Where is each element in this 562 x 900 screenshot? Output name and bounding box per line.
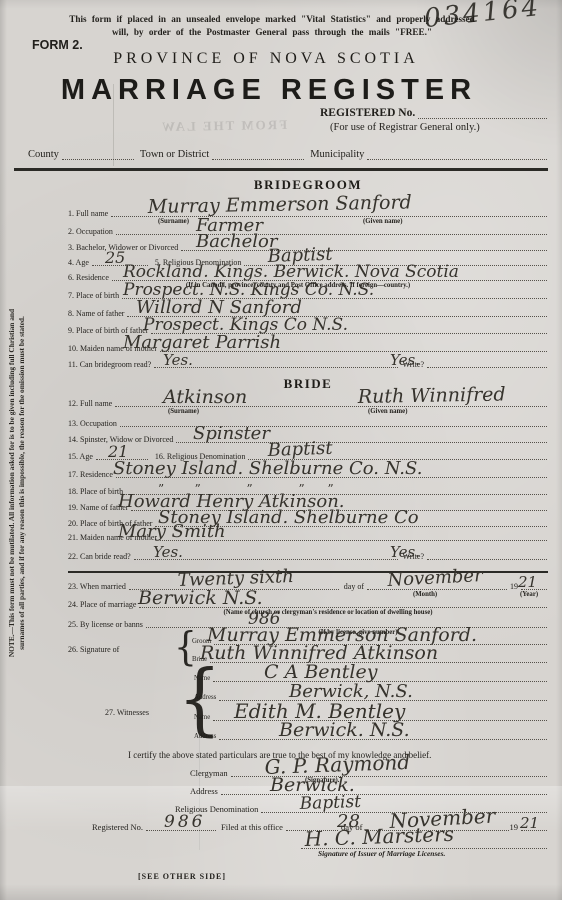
field-label: 18. Place of birth xyxy=(68,487,125,496)
address-label: Address xyxy=(190,787,220,796)
field-label: 22. Can bride read? xyxy=(68,552,133,561)
town-district-label: Town or District xyxy=(135,149,211,161)
field-bride-full-name: 12. Full name Atkinson Ruth Winnifred (S… xyxy=(68,394,548,408)
handwritten-can-read: Yes. xyxy=(153,545,183,560)
handwritten-bride-surname: Atkinson xyxy=(163,388,247,407)
dotted-line xyxy=(212,158,304,160)
registered-no-row: REGISTERED No. xyxy=(320,106,548,120)
field-label: 13. Occupation xyxy=(68,419,119,428)
handwritten-status: Spinster xyxy=(193,425,270,443)
field-place-of-marriage: 24. Place of marriage Berwick N.S. (Name… xyxy=(68,595,548,609)
field-bride-residence: 17. Residence Stoney Island. Shelburne C… xyxy=(68,465,548,479)
handwritten-witness2-address: Berwick. N.S. xyxy=(279,721,410,740)
handwritten-witness1-name: C A Bentley xyxy=(264,663,377,682)
field-label: 2. Occupation xyxy=(68,227,115,236)
clergyman-address-row: Address Berwick. xyxy=(190,782,548,796)
handwritten-groom-name: Murray Emmerson Sanford xyxy=(148,193,412,217)
mailing-note: This form if placed in an unsealed envel… xyxy=(62,13,482,39)
witness2-address-row: Address Berwick. N.S. xyxy=(194,727,548,741)
field-label: 12. Full name xyxy=(68,399,114,408)
field-label: 8. Name of father xyxy=(68,309,126,318)
dotted-line xyxy=(427,366,547,368)
field-witnesses-group: 27. Witnesses { Name C A Bentley Address… xyxy=(68,666,548,756)
handwritten-mother-name: Mary Smith xyxy=(118,523,226,541)
year-prefix: 19 xyxy=(510,823,521,832)
day-of-label: day of xyxy=(340,582,366,591)
field-label: 15. Age xyxy=(68,452,95,461)
field-label: 11. Can bridegroom read? xyxy=(68,360,153,369)
field-groom-mother: 10. Maiden name of mother Margaret Parri… xyxy=(68,339,548,353)
ghost-showthrough-text: FROM THE LAW xyxy=(160,117,287,135)
field-label: 27. Witnesses xyxy=(105,708,151,717)
field-bride-literacy: 22. Can bride read? Write? Yes. Yes. xyxy=(68,547,548,561)
field-label: 6. Residence xyxy=(68,273,111,282)
registrar-note: (For use of Registrar General only.) xyxy=(330,122,480,133)
see-other-side-note: [SEE OTHER SIDE] xyxy=(138,872,226,881)
municipality-label: Municipality xyxy=(305,149,366,161)
section-divider-rule xyxy=(14,168,548,171)
county-town-municipality-row: County Town or District Municipality xyxy=(28,147,548,161)
address-label: Address xyxy=(194,694,218,702)
handwritten-can-write: Yes. xyxy=(390,545,420,560)
handwritten-witness2-name: Edith M. Bentley xyxy=(234,701,405,721)
field-bride-mother: 21. Maiden name of mother Mary Smith xyxy=(68,528,548,542)
handwritten-can-read: Yes. xyxy=(163,353,193,368)
dotted-line xyxy=(418,117,547,119)
field-groom-full-name: 1. Full name Murray Emmerson Sanford (Su… xyxy=(68,204,548,218)
handwritten-can-write: Yes. xyxy=(390,353,420,368)
registered-no-label: REGISTERED No. xyxy=(320,107,417,120)
county-label: County xyxy=(28,149,61,161)
handwritten-registered-no: 986 xyxy=(164,814,205,831)
dotted-line xyxy=(62,158,134,160)
field-groom-literacy: 11. Can bridegroom read? Write? Yes. Yes… xyxy=(68,355,548,369)
handwritten-year: 21 xyxy=(518,575,537,590)
field-label: 17. Residence xyxy=(68,470,115,479)
main-title: MARRIAGE REGISTER xyxy=(0,74,538,107)
handwritten-status: Bachelor xyxy=(196,233,277,251)
handwritten-filed-year: 21 xyxy=(520,816,539,831)
field-bride-occupation: 13. Occupation xyxy=(68,414,548,428)
province-title: PROVINCE OF NOVA SCOTIA xyxy=(0,50,532,68)
mailing-note-line1: This form if placed in an unsealed envel… xyxy=(62,13,482,26)
handwritten-mother-name: Margaret Parrish xyxy=(123,334,281,352)
handwritten-issuer-signature: H. C. Marsters xyxy=(304,824,454,849)
address-label: Address xyxy=(194,733,218,741)
dotted-line xyxy=(120,425,547,427)
bridegroom-section-title: BRIDEGROOM xyxy=(68,177,548,193)
issuer-signature-caption: Signature of Issuer of Marriage Licenses… xyxy=(318,850,445,858)
handwritten-bride-given-name: Ruth Winnifred xyxy=(358,385,506,407)
dotted-line xyxy=(367,158,547,160)
field-label: 7. Place of birth xyxy=(68,291,121,300)
handwritten-marriage-place: Berwick N.S. xyxy=(138,589,263,608)
field-label: 4. Age xyxy=(68,258,91,267)
field-label: 23. When married xyxy=(68,582,128,591)
handwritten-religion: Baptist xyxy=(267,440,333,460)
clergyman-signature-row: Clergyman G. P. Raymond (Signature). xyxy=(190,764,548,778)
name-label: Name xyxy=(194,714,212,722)
margin-note: NOTE.—This form must not be mutilated. A… xyxy=(7,183,26,783)
marriage-register-document: FROM THE LAW 034164 This form if placed … xyxy=(0,0,562,900)
field-label: 1. Full name xyxy=(68,209,110,218)
clergyman-label: Clergyman xyxy=(190,769,230,778)
dotted-line xyxy=(116,233,547,235)
filed-label: Filed at this office xyxy=(217,823,285,832)
field-label: 24. Place of marriage xyxy=(68,600,138,609)
field-label: 25. By license or banns xyxy=(68,620,145,629)
handwritten-month: November xyxy=(387,567,483,590)
registered-no-label: Registered No. xyxy=(92,823,145,832)
handwritten-residence: Stoney Island. Shelburne Co. N.S. xyxy=(113,460,422,478)
handwritten-residence: Rockland. Kings. Berwick. Nova Scotia xyxy=(123,264,459,281)
issuer-signature-row: H. C. Marsters Signature of Issuer of Ma… xyxy=(300,836,548,850)
field-label: 26. Signature of xyxy=(68,645,121,654)
dotted-line xyxy=(427,558,547,560)
margin-note-line2: surnames of all parties, and if for any … xyxy=(17,183,27,783)
margin-note-line1: NOTE.—This form must not be mutilated. A… xyxy=(7,183,17,783)
field-groom-occupation: 2. Occupation Farmer xyxy=(68,222,548,236)
name-label: Name xyxy=(194,675,212,683)
mailing-note-line2: will, by order of the Postmaster General… xyxy=(62,26,482,39)
